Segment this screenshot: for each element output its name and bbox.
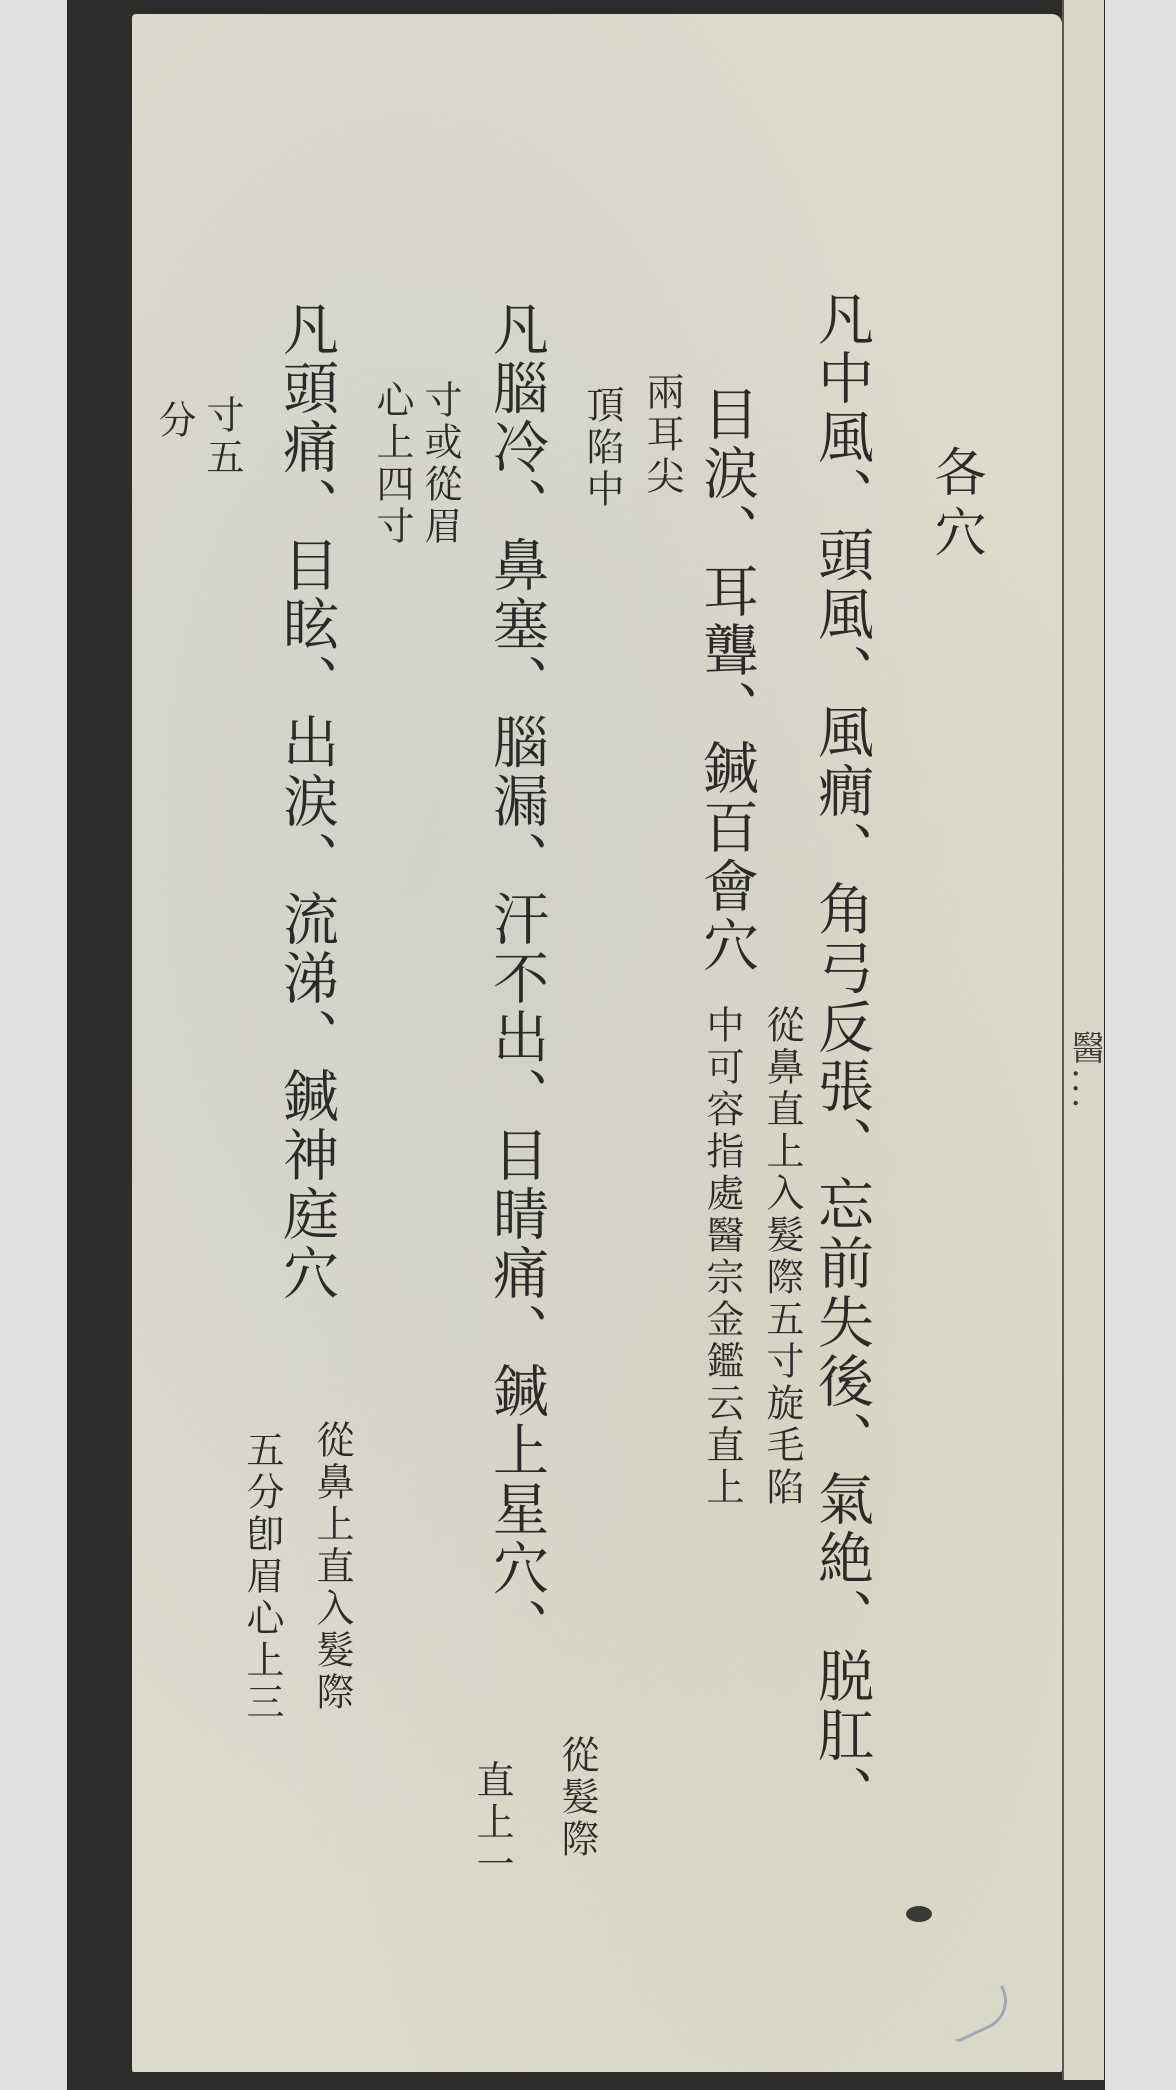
- margin-label: 醫...: [1068, 1030, 1102, 1112]
- column-2-main-text: 凡腦冷、鼻塞、腦漏、汗不出、目睛痛、鍼上星穴、: [485, 300, 547, 1700]
- column-2-note-left: 直上一: [470, 1760, 514, 1886]
- column-3-note-cont-left: 分: [152, 400, 196, 442]
- column-1-note-right: 從鼻直上入髮際五寸旋毛陷: [760, 1005, 804, 1509]
- column-1-note-cont-right: 兩耳尖: [640, 372, 684, 498]
- column-2-note-cont-left: 心上四寸: [370, 380, 414, 548]
- column-1-continuation-text: 目涙、耳聾、鍼百會穴: [695, 385, 757, 985]
- column-3-note-left: 五分卽眉心上三: [240, 1430, 284, 1724]
- column-2-note-cont-right: 寸或從眉: [418, 380, 462, 548]
- column-1-note-cont-left: 頂陷中: [580, 385, 624, 511]
- column-3-note-cont-right: 寸五: [200, 395, 244, 479]
- column-3-note-right: 從鼻上直入髮際: [310, 1420, 354, 1714]
- column-1-note-left: 中可容指處醫宗金鑑云直上: [700, 1005, 744, 1509]
- ink-blot: [906, 1906, 932, 1922]
- column-2-note-right: 從髮際: [555, 1735, 599, 1861]
- column-3-main-text: 凡頭痛、目眩、出涙、流涕、鍼神庭穴: [275, 300, 337, 1430]
- column-1-main-text: 凡中風、頭風、風癇、角弓反張、忘前失後、氣絶、脱肛、: [810, 290, 872, 1980]
- section-heading: 各穴: [925, 445, 985, 565]
